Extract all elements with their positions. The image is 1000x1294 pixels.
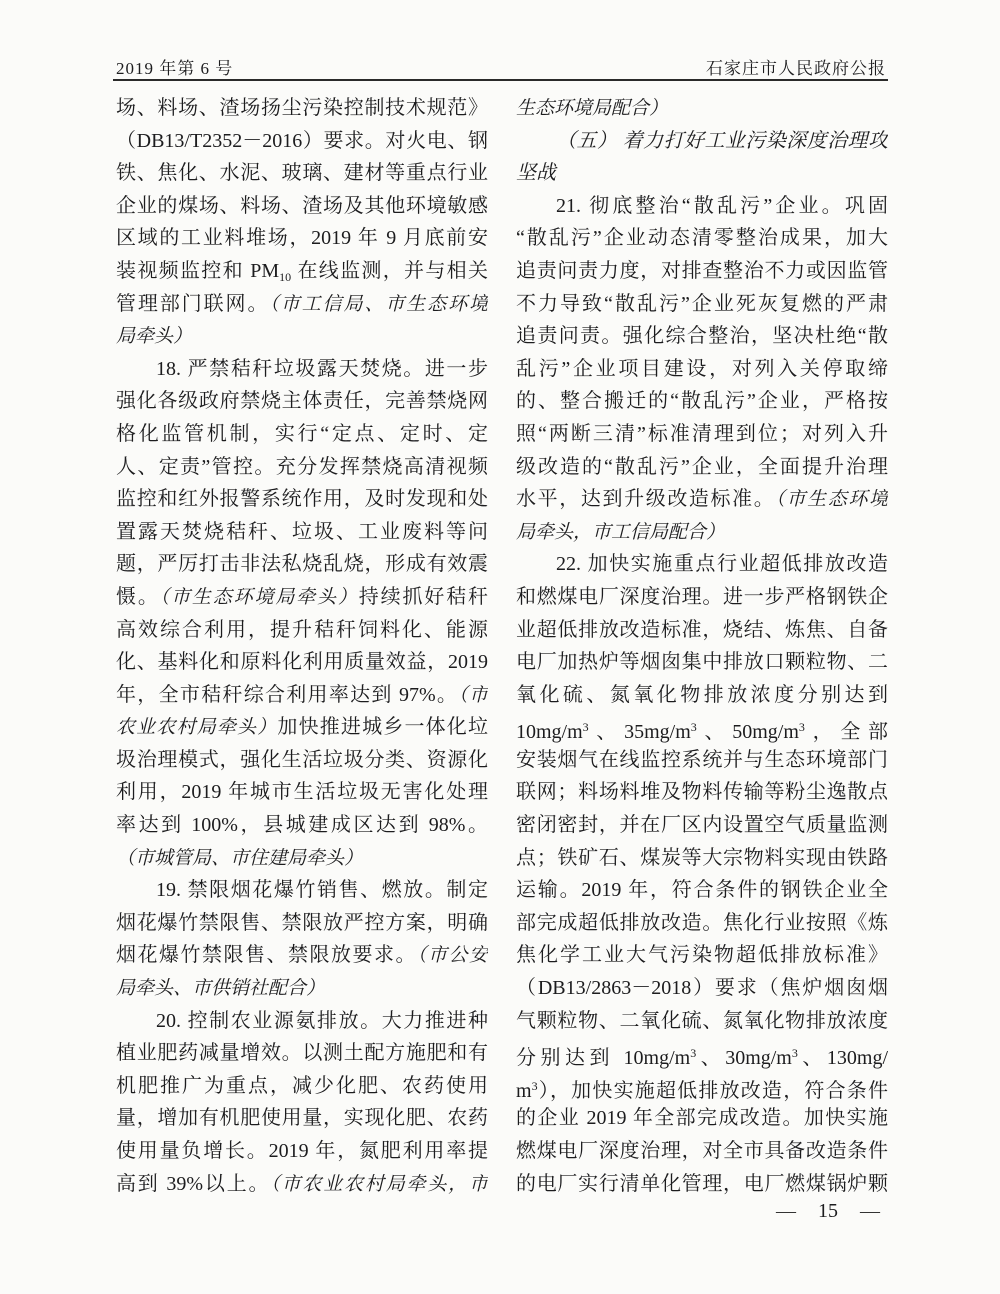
text-line: 利用，2019 年城市生活垃圾无害化处理: [116, 776, 488, 809]
text-segment: 22. 加快实施重点行业超低排放改造: [556, 553, 888, 575]
text-line: 水平，达到升级改造标准。（市生态环境: [516, 483, 888, 516]
text-segment: 的企业 2019 年全部完成改造。加快实施: [516, 1107, 888, 1129]
text-segment: 的、整合搬迁的“散乱污”企业，严格按: [516, 390, 888, 412]
text-line: 电厂加热炉等烟囱集中排放口颗粒物、二: [516, 646, 888, 679]
text-segment: m: [516, 1080, 532, 1102]
text-line: 19. 禁限烟花爆竹销售、燃放。制定: [116, 874, 488, 907]
text-segment: 机肥推广为重点，减少化肥、农药使用: [116, 1075, 488, 1097]
text-line: 高效综合利用，提升秸秆饲料化、能源: [116, 614, 488, 647]
text-line: （DB13/2863－2018）要求（焦炉烟囱烟: [516, 972, 888, 1005]
text-segment: 铁、焦化、水泥、玻璃、建材等重点行业: [116, 162, 488, 184]
text-segment: 20. 控制农业源氨排放。大力推进种: [156, 1010, 488, 1032]
text-line: 的电厂实行清单化管理，电厂燃煤锅炉颗: [516, 1168, 888, 1201]
text-segment: 监控和红外报警系统作用，及时发现和处: [116, 488, 488, 510]
header-issue-label: 2019 年第 6 号: [116, 54, 233, 79]
text-line: 农业农村局牵头）加快推进城乡一体化垃: [116, 711, 488, 744]
text-line: “散乱污”企业动态清零整治成果，加大: [516, 222, 888, 255]
text-line: 局牵头、市供销社配合）: [116, 972, 488, 1005]
text-line: 机肥推广为重点，减少化肥、农药使用: [116, 1070, 488, 1103]
text-line: （DB13/T2352－2016）要求。对火电、钢: [116, 125, 488, 158]
text-line: m3），加快实施超低排放改造，符合条件: [516, 1070, 888, 1103]
text-line: 格化监管机制，实行“定点、定时、定: [116, 418, 488, 451]
text-line: 氧化硫、氮氧化物排放浓度分别达到: [516, 679, 888, 712]
text-segment: 部完成超低排放改造。焦化行业按照《炼: [516, 912, 888, 934]
text-segment: 局牵头，市工信局配合）: [516, 522, 725, 543]
text-line: 的企业 2019 年全部完成改造。加快实施: [516, 1102, 888, 1135]
left-column: 场、料场、渣场扬尘污染控制技术规范》（DB13/T2352－2016）要求。对火…: [116, 92, 488, 1200]
text-segment: 农业农村局牵头）: [116, 717, 277, 738]
text-line: 率达到 100%，县城建成区达到 98%。: [116, 809, 488, 842]
text-segment: 级改造的“散乱污”企业，全面提升治理: [516, 456, 888, 478]
text-subscript: 10: [279, 270, 291, 284]
text-line: 分别达到 10mg/m3、30mg/m3、130mg/: [516, 1037, 888, 1070]
text-segment: 烟花爆竹禁限售、禁限放严控方案，明确: [116, 912, 488, 934]
text-segment: 、30mg/m: [696, 1047, 792, 1069]
text-segment: 高到 39%以上。: [116, 1173, 270, 1195]
text-segment: 管理部门联网。: [116, 293, 269, 315]
text-segment: （市生态环境: [775, 489, 888, 510]
text-segment: 装视频监控和 PM: [116, 260, 279, 282]
header-publication-title: 石家庄市人民政府公报: [706, 54, 886, 79]
text-segment: 、35mg/m: [589, 721, 691, 743]
text-segment: 气颗粒物、二氧化硫、氮氧化物排放浓度: [516, 1010, 888, 1032]
text-segment: 的电厂实行清单化管理，电厂燃煤锅炉颗: [516, 1173, 888, 1195]
text-line: 烟花爆竹禁限售、禁限放严控方案，明确: [116, 907, 488, 940]
text-segment: ），加快实施超低排放改造，符合条件: [538, 1080, 888, 1102]
text-segment: 慑。: [116, 586, 160, 608]
text-segment: （DB13/T2352－2016）要求。对火电、钢: [116, 130, 488, 152]
text-line: 使用量负增长。2019 年，氮肥利用率提: [116, 1135, 488, 1168]
text-line: 年，全市秸秆综合利用率达到 97%。（市: [116, 679, 488, 712]
text-line: 运输。2019 年，符合条件的钢铁企业全: [516, 874, 888, 907]
text-segment: （市: [458, 685, 488, 706]
text-line: 装视频监控和 PM10 在线监测，并与相关: [116, 255, 488, 288]
text-line: 不力导致“散乱污”企业死灰复燃的严肃: [516, 288, 888, 321]
text-line: 企业的煤场、料场、渣场及其他环境敏感: [116, 190, 488, 223]
text-line: 燃煤电厂深度治理，对全市具备改造条件: [516, 1135, 888, 1168]
text-line: 高到 39%以上。（市农业农村局牵头，市: [116, 1168, 488, 1201]
text-line: 生态环境局配合）: [516, 92, 888, 125]
text-segment: （五） 着力打好工业污染深度治理攻: [556, 130, 888, 152]
text-segment: 18. 严禁秸秆垃圾露天焚烧。进一步: [156, 358, 488, 380]
text-segment: “散乱污”企业动态清零整治成果，加大: [516, 227, 888, 249]
text-segment: 追责问责。强化综合整治，坚决杜绝“散: [516, 325, 888, 347]
page-number: 15: [818, 1200, 838, 1223]
text-segment: 10mg/m: [516, 721, 583, 743]
text-segment: 使用量负增长。2019 年，氮肥利用率提: [116, 1140, 488, 1162]
text-segment: 21. 彻底整治“散乱污”企业。巩固: [556, 195, 888, 217]
text-line: 追责问责。强化综合整治，坚决杜绝“散: [516, 320, 888, 353]
text-segment: 加快推进城乡一体化垃: [277, 716, 488, 738]
text-line: 化、基料化和原料化利用质量效益，2019: [116, 646, 488, 679]
text-line: 植业肥药减量增效。以测土配方施肥和有: [116, 1037, 488, 1070]
text-line: 烟花爆竹禁限售、禁限放要求。（市公安: [116, 939, 488, 972]
text-segment: 电厂加热炉等烟囱集中排放口颗粒物、二: [516, 651, 888, 673]
text-line: 慑。（市生态环境局牵头）持续抓好秸秆: [116, 581, 488, 614]
text-line: 强化各级政府禁烧主体责任，完善禁烧网: [116, 385, 488, 418]
text-segment: 场、料场、渣场扬尘污染控制技术规范》: [116, 97, 488, 119]
text-line: （五） 着力打好工业污染深度治理攻: [516, 125, 888, 158]
text-segment: 联网；料场料堆及物料传输等粉尘逸散点: [516, 781, 888, 803]
text-segment: 题，严厉打击非法私烧乱烧，形成有效震: [116, 553, 488, 575]
text-segment: 年，全市秸秆综合利用率达到 97%。: [116, 684, 458, 706]
text-segment: 和燃煤电厂深度治理。进一步严格钢铁企: [516, 586, 888, 608]
text-segment: 区域的工业料堆场，2019 年 9 月底前安: [116, 227, 488, 249]
text-segment: 局牵头、市供销社配合）: [116, 978, 325, 999]
text-segment: ，全部: [805, 721, 888, 743]
text-line: 安装烟气在线监控系统并与生态环境部门: [516, 744, 888, 777]
text-segment: 局牵头）: [116, 326, 192, 347]
footer-left-dash: —: [776, 1200, 796, 1223]
text-line: 18. 严禁秸秆垃圾露天焚烧。进一步: [116, 353, 488, 386]
text-line: 级改造的“散乱污”企业，全面提升治理: [516, 451, 888, 484]
text-line: 圾治理模式，强化生活垃圾分类、资源化: [116, 744, 488, 777]
text-segment: 坚战: [516, 162, 556, 184]
two-column-body: 场、料场、渣场扬尘污染控制技术规范》（DB13/T2352－2016）要求。对火…: [116, 92, 888, 1200]
text-line: 和燃煤电厂深度治理。进一步严格钢铁企: [516, 581, 888, 614]
text-line: 照“两断三清”标准清理到位；对列入升: [516, 418, 888, 451]
text-segment: 格化监管机制，实行“定点、定时、定: [116, 423, 488, 445]
text-line: 的、整合搬迁的“散乱污”企业，严格按: [516, 385, 888, 418]
text-segment: 置露天焚烧秸秆、垃圾、工业废料等问: [116, 521, 488, 543]
text-segment: （市公安: [417, 945, 488, 966]
text-segment: 生态环境局配合）: [516, 98, 668, 119]
text-segment: 燃煤电厂深度治理，对全市具备改造条件: [516, 1140, 888, 1162]
text-segment: 业超低排放改造标准，烧结、炼焦、自备: [516, 619, 888, 641]
page-footer: — 15 —: [776, 1200, 880, 1223]
text-segment: 焦化学工业大气污染物超低排放标准》: [516, 944, 888, 966]
page-header: 2019 年第 6 号 石家庄市人民政府公报: [116, 54, 886, 79]
text-segment: （市城管局、市住建局牵头）: [116, 848, 363, 869]
text-segment: 照“两断三清”标准清理到位；对列入升: [516, 423, 888, 445]
text-line: 气颗粒物、二氧化硫、氮氧化物排放浓度: [516, 1005, 888, 1038]
text-segment: 水平，达到升级改造标准。: [516, 488, 775, 510]
text-segment: 安装烟气在线监控系统并与生态环境部门: [516, 749, 888, 771]
text-segment: （市农业农村局牵头，市: [270, 1174, 488, 1195]
text-segment: 点；铁矿石、煤炭等大宗物料实现由铁路: [516, 847, 888, 869]
text-line: 坚战: [516, 157, 888, 190]
text-line: 局牵头，市工信局配合）: [516, 516, 888, 549]
text-segment: 量，增加有机肥使用量，实现化肥、农药: [116, 1107, 488, 1129]
text-segment: 19. 禁限烟花爆竹销售、燃放。制定: [156, 879, 488, 901]
text-segment: 高效综合利用，提升秸秆饲料化、能源: [116, 619, 488, 641]
text-segment: 人、定责”管控。充分发挥禁烧高清视频: [116, 456, 488, 478]
text-line: 部完成超低排放改造。焦化行业按照《炼: [516, 907, 888, 940]
text-line: 焦化学工业大气污染物超低排放标准》: [516, 939, 888, 972]
text-line: 区域的工业料堆场，2019 年 9 月底前安: [116, 222, 488, 255]
text-line: （市城管局、市住建局牵头）: [116, 842, 488, 875]
text-line: 10mg/m3、35mg/m3、50mg/m3，全部: [516, 711, 888, 744]
text-line: 场、料场、渣场扬尘污染控制技术规范》: [116, 92, 488, 125]
text-line: 置露天焚烧秸秆、垃圾、工业废料等问: [116, 516, 488, 549]
text-segment: 圾治理模式，强化生活垃圾分类、资源化: [116, 749, 488, 771]
text-segment: 氧化硫、氮氧化物排放浓度分别达到: [516, 684, 888, 706]
footer-right-dash: —: [860, 1200, 880, 1223]
text-segment: （DB13/2863－2018）要求（焦炉烟囱烟: [516, 977, 888, 999]
header-divider: [113, 79, 888, 81]
text-line: 21. 彻底整治“散乱污”企业。巩固: [516, 190, 888, 223]
text-line: 业超低排放改造标准，烧结、炼焦、自备: [516, 614, 888, 647]
right-column: 生态环境局配合）（五） 着力打好工业污染深度治理攻坚战21. 彻底整治“散乱污”…: [516, 92, 888, 1200]
text-segment: （市工信局、市生态环境: [269, 294, 488, 315]
gazette-page: 2019 年第 6 号 石家庄市人民政府公报 场、料场、渣场扬尘污染控制技术规范…: [0, 0, 1000, 1294]
text-segment: 利用，2019 年城市生活垃圾无害化处理: [116, 781, 488, 803]
text-segment: 企业的煤场、料场、渣场及其他环境敏感: [116, 195, 488, 217]
text-segment: 烟花爆竹禁限售、禁限放要求。: [116, 944, 417, 966]
text-line: 管理部门联网。（市工信局、市生态环境: [116, 288, 488, 321]
text-segment: 、50mg/m: [697, 721, 799, 743]
text-segment: 化、基料化和原料化利用质量效益，2019: [116, 651, 488, 673]
text-line: 密闭密封，并在厂区内设置空气质量监测: [516, 809, 888, 842]
text-segment: 分别达到 10mg/m: [516, 1047, 690, 1069]
text-line: 局牵头）: [116, 320, 488, 353]
text-line: 人、定责”管控。充分发挥禁烧高清视频: [116, 451, 488, 484]
text-segment: 持续抓好秸秆: [359, 586, 488, 608]
text-segment: 运输。2019 年，符合条件的钢铁企业全: [516, 879, 888, 901]
text-line: 题，严厉打击非法私烧乱烧，形成有效震: [116, 548, 488, 581]
text-line: 20. 控制农业源氨排放。大力推进种: [116, 1005, 488, 1038]
text-line: 联网；料场料堆及物料传输等粉尘逸散点: [516, 776, 888, 809]
text-line: 点；铁矿石、煤炭等大宗物料实现由铁路: [516, 842, 888, 875]
text-segment: 密闭密封，并在厂区内设置空气质量监测: [516, 814, 888, 836]
text-segment: 在线监测，并与相关: [291, 260, 488, 282]
text-segment: （市生态环境局牵头）: [160, 587, 359, 608]
text-line: 铁、焦化、水泥、玻璃、建材等重点行业: [116, 157, 488, 190]
text-line: 22. 加快实施重点行业超低排放改造: [516, 548, 888, 581]
text-line: 监控和红外报警系统作用，及时发现和处: [116, 483, 488, 516]
text-segment: 强化各级政府禁烧主体责任，完善禁烧网: [116, 390, 488, 412]
text-segment: 、130mg/: [798, 1047, 888, 1069]
text-segment: 植业肥药减量增效。以测土配方施肥和有: [116, 1042, 488, 1064]
text-line: 乱污”企业项目建设，对列入关停取缔: [516, 353, 888, 386]
text-line: 追责问责力度，对排查整治不力或因监管: [516, 255, 888, 288]
text-segment: 不力导致“散乱污”企业死灰复燃的严肃: [516, 293, 888, 315]
text-segment: 率达到 100%，县城建成区达到 98%。: [116, 814, 488, 836]
text-line: 量，增加有机肥使用量，实现化肥、农药: [116, 1102, 488, 1135]
text-segment: 乱污”企业项目建设，对列入关停取缔: [516, 358, 888, 380]
text-segment: 追责问责力度，对排查整治不力或因监管: [516, 260, 888, 282]
